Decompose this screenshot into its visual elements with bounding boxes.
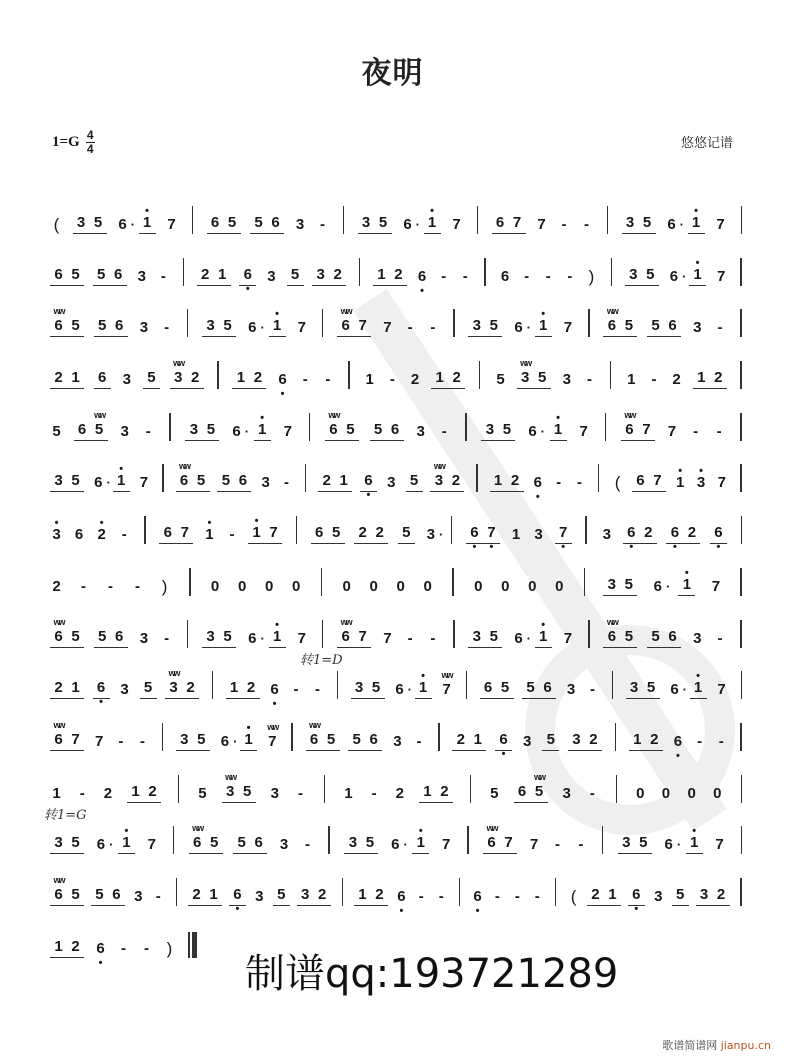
note: 3• bbox=[693, 474, 710, 492]
note: 2 bbox=[448, 369, 465, 387]
note: 6· bbox=[244, 630, 261, 648]
barline bbox=[176, 878, 178, 906]
note: 3 bbox=[468, 317, 485, 335]
note: 1• bbox=[550, 421, 567, 439]
note: 1• bbox=[688, 214, 705, 232]
note: 6• bbox=[414, 268, 431, 286]
beam-group: 56 bbox=[647, 317, 681, 337]
note: - bbox=[584, 681, 601, 699]
note: 7 bbox=[711, 836, 728, 854]
note: 6 bbox=[539, 679, 556, 697]
note: - bbox=[584, 785, 601, 803]
note: 0 bbox=[365, 578, 382, 596]
beam-group: 65 bbox=[311, 524, 345, 544]
barline bbox=[291, 723, 293, 751]
note: 5 bbox=[375, 214, 392, 232]
beam-group: 3ww2 bbox=[165, 679, 199, 699]
note: 5 bbox=[193, 472, 210, 490]
note: 6· bbox=[228, 423, 245, 441]
beam-group: 3ww5 bbox=[222, 783, 256, 803]
beam-group: 6ww7 bbox=[50, 731, 84, 751]
note: 6ww bbox=[176, 472, 193, 490]
beam-group: 12 bbox=[354, 886, 388, 906]
note: 6· bbox=[510, 319, 527, 337]
note: 2 bbox=[646, 731, 663, 749]
note: 5ww bbox=[531, 783, 548, 801]
note: 5 bbox=[287, 266, 304, 284]
barline bbox=[612, 671, 614, 699]
note: 5 bbox=[672, 886, 689, 904]
barline bbox=[588, 309, 590, 337]
beam-group: 6ww5 bbox=[50, 628, 84, 648]
note: 6· bbox=[399, 216, 416, 234]
note: 7 bbox=[265, 524, 282, 542]
note: 6 bbox=[387, 421, 404, 439]
beam-group: 56 bbox=[348, 731, 382, 751]
note: 2 bbox=[197, 266, 214, 284]
note: 0 bbox=[709, 785, 726, 803]
note: 1• bbox=[248, 524, 265, 542]
note: - bbox=[489, 888, 506, 906]
beam-group: 5 bbox=[398, 524, 415, 544]
barline bbox=[296, 516, 298, 544]
note: 5 bbox=[219, 628, 236, 646]
note: 6 bbox=[492, 214, 509, 232]
barline bbox=[212, 671, 214, 699]
note: 3 bbox=[276, 836, 293, 854]
note: 5 bbox=[217, 472, 234, 490]
note: 1 bbox=[205, 886, 222, 904]
note: 5 bbox=[250, 214, 267, 232]
beam-group: 67 bbox=[492, 214, 526, 234]
beam-group: 6ww7 bbox=[483, 834, 517, 854]
note: 1 bbox=[361, 371, 378, 389]
beam-group: 6ww5 bbox=[306, 731, 340, 751]
beam-group: 35 bbox=[73, 214, 107, 234]
key-label: 1=G bbox=[52, 134, 80, 151]
note: 7 bbox=[91, 733, 108, 751]
note: 6ww bbox=[189, 834, 206, 852]
note: 5 bbox=[193, 731, 210, 749]
note: - bbox=[297, 371, 314, 389]
score-line: 65563-216•3532126•--6---)356·1•7 bbox=[48, 252, 748, 304]
note: 5 bbox=[342, 421, 359, 439]
note: 2 bbox=[391, 785, 408, 803]
note: 6• bbox=[666, 524, 683, 542]
note: 3 bbox=[568, 731, 585, 749]
note: 3 bbox=[73, 214, 90, 232]
note: 3 bbox=[135, 630, 152, 648]
beam-group: 6•2 bbox=[666, 524, 700, 544]
beam-group: 6ww5 bbox=[50, 317, 84, 337]
note: 6· bbox=[244, 319, 261, 337]
note: 1 bbox=[48, 785, 65, 803]
barline bbox=[584, 568, 586, 596]
note: 3 bbox=[118, 371, 135, 389]
note: 6 bbox=[497, 268, 514, 286]
beam-group: 56 bbox=[94, 317, 128, 337]
note: - bbox=[413, 888, 430, 906]
barline bbox=[615, 723, 617, 751]
note: - bbox=[433, 888, 450, 906]
note: 6· bbox=[665, 268, 682, 286]
score-line: 1-21253ww53-1-212565ww3-0000 bbox=[48, 769, 748, 821]
note: 3ww bbox=[517, 369, 534, 387]
note: 1 bbox=[335, 472, 352, 490]
barline bbox=[611, 258, 613, 286]
beam-group: 1• bbox=[689, 266, 706, 286]
note: 3ww bbox=[170, 369, 187, 387]
note: 6· bbox=[524, 423, 541, 441]
note: 5 bbox=[647, 628, 664, 646]
note: 3 bbox=[344, 834, 361, 852]
beam-group: 35 bbox=[50, 834, 84, 854]
note: 5 bbox=[90, 214, 107, 232]
barline bbox=[740, 258, 742, 286]
note: - bbox=[711, 423, 728, 441]
barline bbox=[484, 258, 486, 286]
note: 7 bbox=[559, 630, 576, 648]
note: 3 bbox=[257, 474, 274, 492]
note: 3 bbox=[481, 421, 498, 439]
note: 7 bbox=[559, 319, 576, 337]
beam-group: 6ww7 bbox=[337, 628, 371, 648]
beam-group: 22 bbox=[354, 524, 388, 544]
barline bbox=[741, 206, 743, 234]
note: 3 bbox=[563, 681, 580, 699]
note: 5 bbox=[361, 834, 378, 852]
note: - bbox=[150, 888, 167, 906]
note: - bbox=[223, 526, 240, 544]
note: 2• bbox=[93, 526, 110, 544]
beam-group: 35 bbox=[468, 317, 502, 337]
note: - bbox=[713, 733, 730, 751]
beam-group: 32 bbox=[297, 886, 331, 906]
note: 3 bbox=[292, 216, 309, 234]
note: 5 bbox=[328, 524, 345, 542]
note: 3 bbox=[50, 834, 67, 852]
note: 5ww bbox=[91, 421, 108, 439]
barline bbox=[359, 258, 361, 286]
barline bbox=[438, 723, 440, 751]
note: - bbox=[550, 474, 567, 492]
note: 3 bbox=[116, 423, 133, 441]
note: 5 bbox=[48, 423, 65, 441]
note: 6 bbox=[267, 214, 284, 232]
note: 1• bbox=[118, 834, 135, 852]
note: 3 bbox=[689, 630, 706, 648]
barline bbox=[602, 826, 604, 854]
note: 1 bbox=[604, 886, 621, 904]
note: 7• bbox=[483, 524, 500, 542]
note: 0 bbox=[497, 578, 514, 596]
barline bbox=[740, 723, 742, 751]
beam-group: 1• bbox=[113, 472, 130, 492]
note: 6· bbox=[649, 578, 666, 596]
beam-group: 1• bbox=[424, 214, 441, 234]
note: 1 bbox=[693, 369, 710, 387]
note: 1 bbox=[67, 679, 84, 697]
note: 6· bbox=[90, 474, 107, 492]
beam-group: 5 bbox=[542, 731, 559, 751]
note: 2 bbox=[668, 371, 685, 389]
note: 3 bbox=[625, 266, 642, 284]
note: 1 bbox=[50, 938, 67, 956]
note: 3 bbox=[603, 576, 620, 594]
beam-group: 3ww2 bbox=[430, 472, 464, 492]
note: - bbox=[540, 268, 557, 286]
beam-group: 21 bbox=[50, 679, 84, 699]
beam-group: 56 bbox=[370, 421, 404, 441]
barline bbox=[476, 464, 478, 492]
note: 7 bbox=[707, 578, 724, 596]
note: 3 bbox=[202, 317, 219, 335]
note: 0 bbox=[288, 578, 305, 596]
note: 6· bbox=[92, 836, 109, 854]
beam-group: 1• bbox=[686, 834, 703, 854]
note: 6ww bbox=[621, 421, 638, 439]
note: 7 bbox=[713, 681, 730, 699]
note: 1 bbox=[232, 369, 249, 387]
note: 1• bbox=[139, 214, 156, 232]
note: 3 bbox=[351, 679, 368, 697]
barline bbox=[187, 620, 189, 648]
beam-group: 35 bbox=[625, 266, 659, 286]
note: - bbox=[116, 526, 133, 544]
barline bbox=[479, 361, 481, 389]
note: 6• bbox=[239, 266, 256, 284]
barline bbox=[162, 464, 164, 492]
note: 6· bbox=[666, 681, 683, 699]
note: 3 bbox=[389, 733, 406, 751]
barline bbox=[217, 361, 219, 389]
note: 7 bbox=[293, 319, 310, 337]
note: 6 bbox=[514, 783, 531, 801]
key-change-annotation: 转1=G bbox=[44, 804, 87, 823]
note: 1• bbox=[672, 474, 689, 492]
key-change-annotation: 转1=D bbox=[300, 649, 343, 668]
note: 6 bbox=[110, 266, 127, 284]
beam-group: 35 bbox=[176, 731, 210, 751]
note: 0 bbox=[632, 785, 649, 803]
note: 6 bbox=[108, 886, 125, 904]
note: 2 bbox=[243, 679, 260, 697]
note: 6• bbox=[623, 524, 640, 542]
note: 5 bbox=[91, 886, 108, 904]
barline bbox=[610, 361, 612, 389]
note: - bbox=[155, 268, 172, 286]
note: 6• bbox=[360, 472, 377, 490]
note: 0 bbox=[657, 785, 674, 803]
beam-group: 6• bbox=[628, 886, 645, 906]
transcriber-credit: 悠悠记谱 bbox=[681, 132, 733, 151]
note: - bbox=[578, 216, 595, 234]
note: - bbox=[556, 216, 573, 234]
score-body: (356·1•765563-356·1•7677--356·1•765563-2… bbox=[48, 200, 748, 975]
note: 6ww bbox=[603, 628, 620, 646]
note: 5 bbox=[239, 783, 256, 801]
note: 7 bbox=[448, 216, 465, 234]
note: 1• bbox=[535, 628, 552, 646]
note: 7 bbox=[526, 836, 543, 854]
note: 5 bbox=[67, 886, 84, 904]
note: 6 bbox=[664, 628, 681, 646]
note: 3 bbox=[558, 785, 575, 803]
beam-group: 6ww7 bbox=[337, 317, 371, 337]
beam-group: 6•2 bbox=[623, 524, 657, 544]
note: 3 bbox=[558, 371, 575, 389]
note: - bbox=[314, 216, 331, 234]
note: 5 bbox=[492, 371, 509, 389]
note: 2 bbox=[585, 731, 602, 749]
barline bbox=[740, 413, 742, 441]
note: 3 bbox=[468, 628, 485, 646]
beam-group: 1• bbox=[118, 834, 135, 854]
barline bbox=[741, 775, 743, 803]
score-line: 2---)000000000000356·1•7 bbox=[48, 562, 748, 614]
barline bbox=[321, 568, 323, 596]
note: - bbox=[138, 940, 155, 958]
note: 5 bbox=[348, 731, 365, 749]
note: 3 bbox=[251, 888, 268, 906]
note: 3 bbox=[297, 886, 314, 904]
note: 3ww bbox=[430, 472, 447, 490]
beam-group: 65 bbox=[207, 214, 241, 234]
beam-group: 12 bbox=[431, 369, 465, 389]
note: 3 bbox=[358, 214, 375, 232]
repeat-bracket: ( bbox=[565, 888, 582, 906]
note: 5 bbox=[620, 628, 637, 646]
beam-group: 65ww bbox=[514, 783, 548, 803]
note: 5 bbox=[67, 628, 84, 646]
note: 1 bbox=[354, 886, 371, 904]
note: 7 bbox=[713, 268, 730, 286]
note: 2 bbox=[713, 886, 730, 904]
beam-group: 65 bbox=[50, 266, 84, 286]
beam-group: 21 bbox=[587, 886, 621, 906]
note: 6• bbox=[466, 524, 483, 542]
score-line: (356·1•765563-356·1•7677--356·1•7 bbox=[48, 200, 748, 252]
note: 0 bbox=[261, 578, 278, 596]
note: 1 bbox=[623, 371, 640, 389]
barline bbox=[192, 206, 194, 234]
note: 6 bbox=[94, 369, 111, 387]
barline bbox=[459, 878, 461, 906]
barline bbox=[187, 309, 189, 337]
note: - bbox=[278, 474, 295, 492]
note: - bbox=[140, 423, 157, 441]
note: 6 bbox=[632, 472, 649, 490]
barline bbox=[470, 775, 472, 803]
note: - bbox=[402, 630, 419, 648]
note: - bbox=[424, 319, 441, 337]
time-signature: 4 4 bbox=[86, 130, 95, 155]
note: 6• bbox=[710, 524, 727, 542]
beam-group: 6 bbox=[94, 369, 111, 389]
beam-group: 1• bbox=[254, 421, 271, 441]
beam-group: 5 bbox=[406, 472, 423, 492]
note: 6· bbox=[663, 216, 680, 234]
beam-group: 1• bbox=[535, 628, 552, 648]
note: 2 bbox=[318, 472, 335, 490]
note: 7 bbox=[713, 474, 730, 492]
note: 2 bbox=[683, 524, 700, 542]
barline bbox=[466, 671, 468, 699]
repeat-bracket: ( bbox=[609, 474, 626, 492]
note: 6 bbox=[111, 628, 128, 646]
note: 6• bbox=[393, 888, 410, 906]
beam-group: 56 bbox=[93, 266, 127, 286]
note: 6ww bbox=[325, 421, 342, 439]
beam-group: 6ww7 bbox=[621, 421, 655, 441]
note: - bbox=[129, 578, 146, 596]
beam-group: 6• bbox=[229, 886, 246, 906]
barline bbox=[322, 309, 324, 337]
beam-group: 6• bbox=[495, 731, 512, 751]
note: 6· bbox=[114, 216, 131, 234]
note: 7 bbox=[163, 216, 180, 234]
beam-group: 12 bbox=[232, 369, 266, 389]
note: 6ww bbox=[50, 628, 67, 646]
note: 6 bbox=[111, 317, 128, 335]
beam-group: 35 bbox=[351, 679, 385, 699]
barline bbox=[144, 516, 146, 544]
score-line: 356·1•76ww5563-356·1•76ww77--356·1•7 bbox=[48, 820, 748, 872]
score-line: 6ww77--356·1•7ww6ww5563-216•3532126•-- bbox=[48, 717, 748, 769]
note: - bbox=[518, 268, 535, 286]
beam-group: 35 bbox=[358, 214, 392, 234]
note: 7 bbox=[533, 216, 550, 234]
barline bbox=[740, 361, 742, 389]
note: 5 bbox=[233, 834, 250, 852]
repeat-bracket: ( bbox=[48, 216, 65, 234]
note: 3ww bbox=[222, 783, 239, 801]
note: 3 bbox=[176, 731, 193, 749]
barline bbox=[477, 206, 479, 234]
note: 2 bbox=[314, 886, 331, 904]
note: 7 bbox=[279, 423, 296, 441]
note: 5 bbox=[635, 834, 652, 852]
beam-group: 1• bbox=[550, 421, 567, 441]
beam-group: 35 bbox=[185, 421, 219, 441]
note: 6 bbox=[480, 679, 497, 697]
note: 1• bbox=[424, 214, 441, 232]
note: 6 bbox=[311, 524, 328, 542]
beam-group: 1• bbox=[535, 317, 552, 337]
score-line: 216•353ww2126•--356·1•7ww65563-356·1•7 bbox=[48, 665, 748, 717]
note: 5 bbox=[486, 785, 503, 803]
note: 1• bbox=[240, 731, 257, 749]
note: 5 bbox=[219, 317, 236, 335]
note: 5 bbox=[485, 317, 502, 335]
note: 3 bbox=[185, 421, 202, 439]
barline bbox=[337, 671, 339, 699]
note: 5 bbox=[67, 266, 84, 284]
note: 3 bbox=[618, 834, 635, 852]
note: 1• bbox=[201, 526, 218, 544]
beam-group: 12 bbox=[693, 369, 727, 389]
beam-group: 6ww5 bbox=[50, 886, 84, 906]
note: 5 bbox=[143, 369, 160, 387]
note: - bbox=[112, 733, 129, 751]
note: 3 bbox=[263, 268, 280, 286]
beam-group: 35 bbox=[481, 421, 515, 441]
note: 5 bbox=[406, 472, 423, 490]
beam-group: 6ww5 bbox=[189, 834, 223, 854]
beam-group: 6• bbox=[239, 266, 256, 286]
final-barline bbox=[188, 932, 197, 958]
note: 7 bbox=[500, 834, 517, 852]
